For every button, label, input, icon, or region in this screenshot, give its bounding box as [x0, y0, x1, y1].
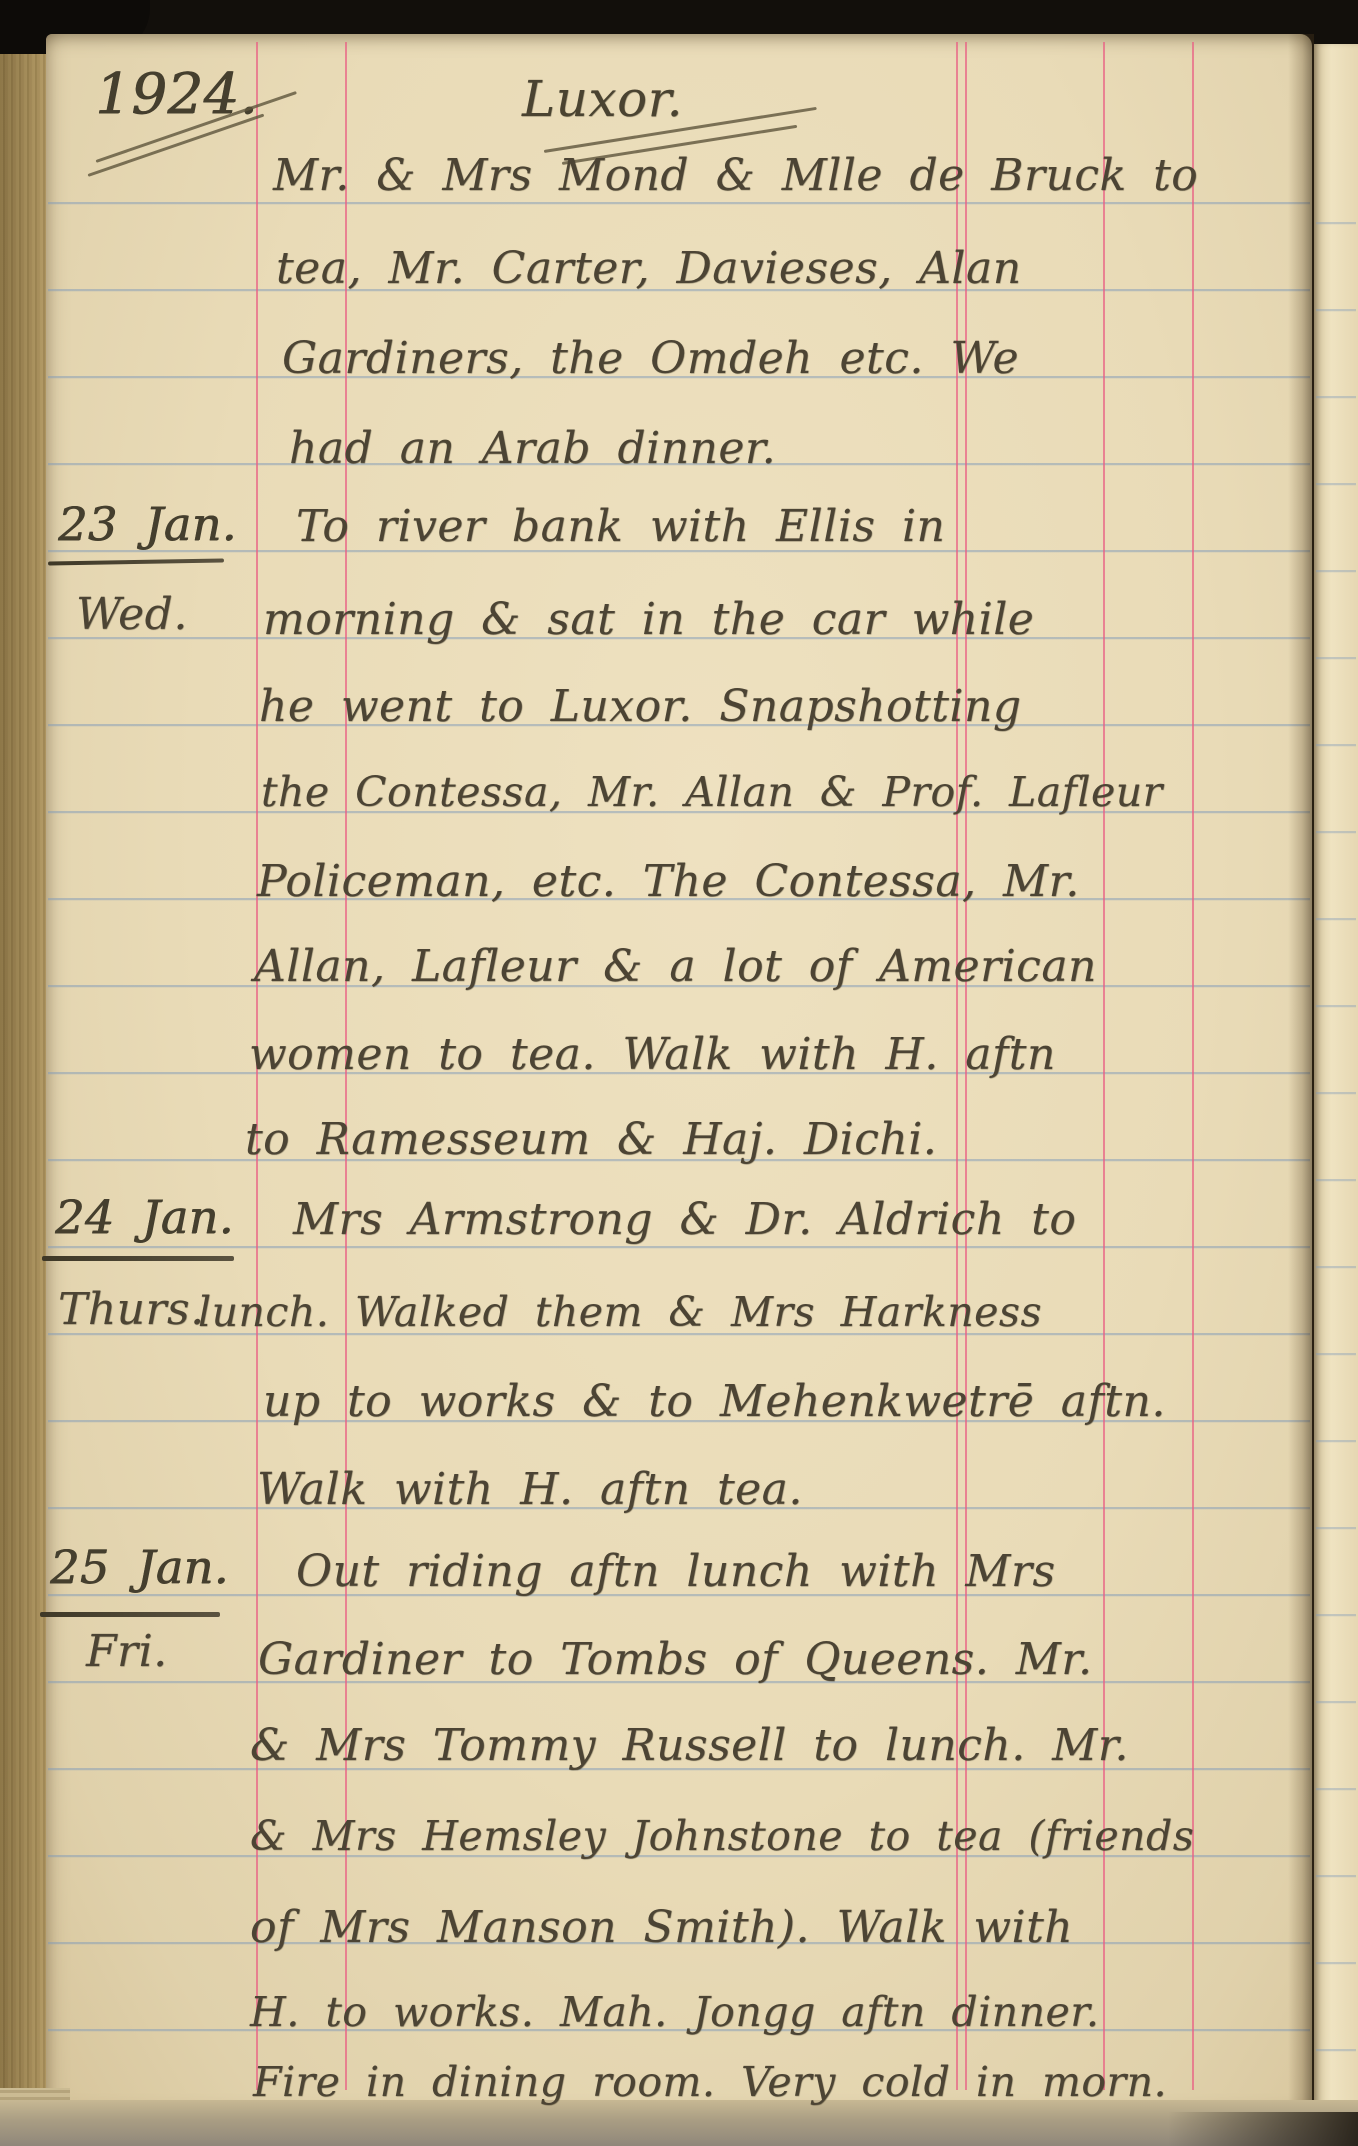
year-heading: 1924.: [95, 62, 258, 127]
entry3-line0: Out riding aftn lunch with Mrs: [296, 1546, 1056, 1597]
entry3-line5: H. to works. Mah. Jongg aftn dinner.: [250, 1988, 1099, 2036]
entry1-line5: Allan, Lafleur & a lot of American: [254, 941, 1097, 992]
entry1-date: 23 Jan.: [58, 497, 237, 551]
entry0-line3: had an Arab dinner.: [289, 423, 776, 474]
entry1-line2: he went to Luxor. Snapshotting: [259, 681, 1022, 732]
handwriting-layer: 1924. Luxor. Mr. & Mrs Mond & Mlle de Br…: [0, 0, 1358, 2146]
date-underline: [40, 1612, 220, 1617]
entry2-date: 24 Jan.: [55, 1190, 234, 1244]
entry2-line0: Mrs Armstrong & Dr. Aldrich to: [293, 1194, 1076, 1245]
entry1-line3: the Contessa, Mr. Allan & Prof. Lafleur: [261, 768, 1163, 816]
place-heading: Luxor.: [522, 70, 683, 128]
entry1-line7: to Ramesseum & Haj. Dichi.: [245, 1114, 937, 1165]
entry3-line3: & Mrs Hemsley Johnstone to tea (friends: [250, 1812, 1194, 1860]
entry3-line6: Fire in dining room. Very cold in morn.: [253, 2058, 1167, 2106]
entry1-line1: morning & sat in the car while: [263, 594, 1034, 645]
entry3-line4: of Mrs Manson Smith). Walk with: [250, 1902, 1073, 1953]
date-underline: [48, 558, 224, 565]
entry2-day: Thurs.: [58, 1284, 205, 1335]
entry3-day: Fri.: [86, 1626, 168, 1677]
entry3-line1: Gardiner to Tombs of Queens. Mr.: [258, 1634, 1092, 1685]
entry0-line1: tea, Mr. Carter, Davieses, Alan: [276, 243, 1022, 294]
entry2-line2: up to works & to Mehenkwetrē aftn.: [263, 1376, 1166, 1427]
entry0-line0: Mr. & Mrs Mond & Mlle de Bruck to: [273, 150, 1198, 201]
entry2-line1: lunch. Walked them & Mrs Harkness: [198, 1288, 1042, 1336]
entry2-line3: Walk with H. aftn tea.: [257, 1464, 803, 1515]
entry1-line4: Policeman, etc. The Contessa, Mr.: [257, 856, 1080, 907]
entry1-line6: women to tea. Walk with H. aftn: [249, 1029, 1056, 1080]
entry3-line2: & Mrs Tommy Russell to lunch. Mr.: [250, 1720, 1129, 1771]
entry3-date: 25 Jan.: [50, 1540, 229, 1594]
entry0-line2: Gardiners, the Omdeh etc. We: [282, 333, 1019, 384]
entry1-day: Wed.: [76, 589, 188, 640]
diary-page-photo: 1924. Luxor. Mr. & Mrs Mond & Mlle de Br…: [0, 0, 1358, 2146]
date-underline: [42, 1256, 234, 1261]
entry1-line0: To river bank with Ellis in: [296, 501, 945, 552]
